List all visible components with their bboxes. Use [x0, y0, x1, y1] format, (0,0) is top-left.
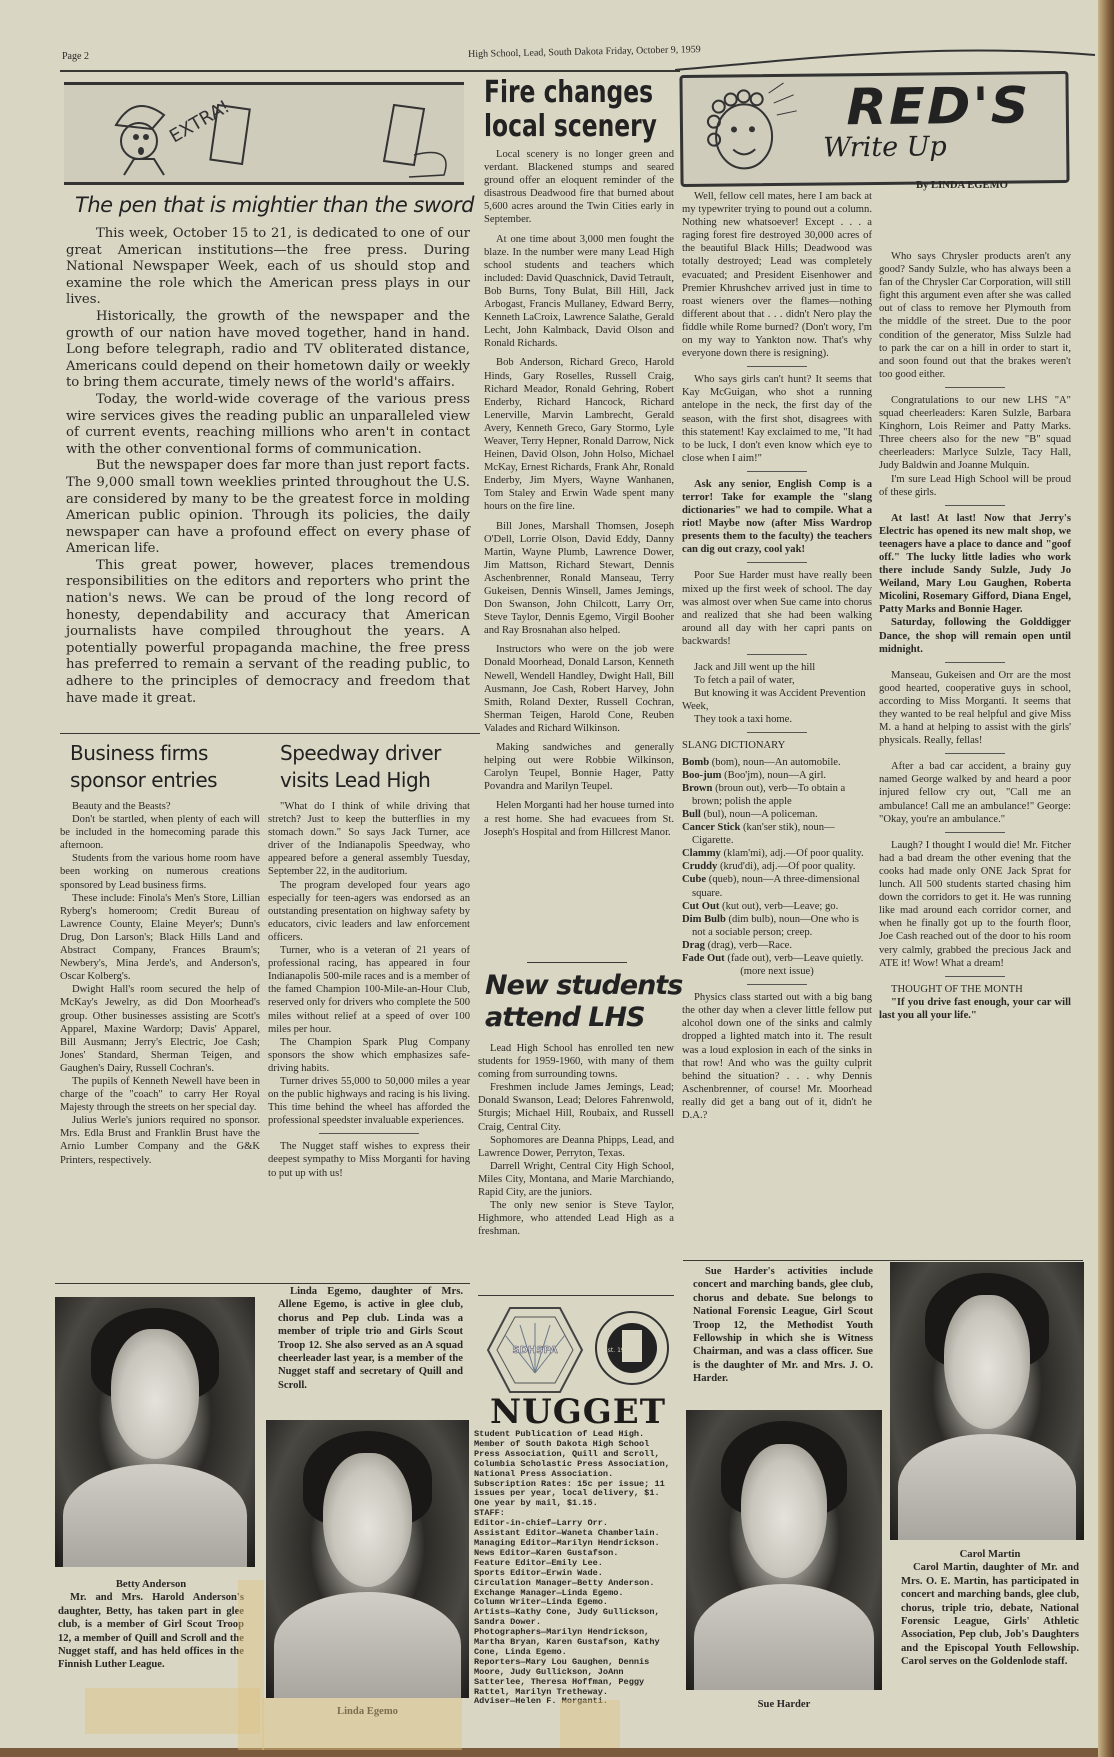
headline-line: New students: [485, 970, 682, 1002]
slang-entry: Clammy (klam'mi), adj.—Of poor quality.: [682, 847, 872, 860]
reds-byline: By LINDA EGEMO: [916, 180, 1008, 191]
column-item: Who says girls can't hunt? It seems that…: [682, 373, 872, 465]
business-article: Beauty and the Beasts? Don't be startled…: [60, 800, 260, 1167]
headline-line: Business firms: [70, 740, 217, 767]
dateline: High School, Lead, South Dakota Friday, …: [468, 44, 701, 60]
sue-harder-name: Sue Harder: [686, 1698, 882, 1711]
masthead-line: Photographers—Marilyn Hendrickson, Marth…: [474, 1628, 674, 1658]
slang-definition: (broun out), verb—To obtain a brown; pol…: [692, 783, 845, 807]
column-item: Physics class started out with a big ban…: [682, 991, 872, 1122]
masthead-line: Member of South Dakota High School Press…: [474, 1440, 674, 1480]
column-item: Laugh? I thought I would die! Mr. Fitche…: [879, 839, 1071, 970]
item-divider: [747, 654, 807, 655]
item-divider: [747, 562, 807, 563]
slang-definition: (queb), noun—A three-dimensional square.: [692, 874, 860, 898]
svg-text:SDHSPA: SDHSPA: [512, 1345, 557, 1356]
slang-entry: Drag (drag), verb—Race.: [682, 939, 872, 952]
article-paragraph: Helen Morganti had her house turned into…: [484, 799, 674, 838]
editorial-body: This week, October 15 to 21, is dedicate…: [66, 226, 470, 707]
article-paragraph: Turner drives 55,000 to 50,000 miles a y…: [268, 1075, 470, 1127]
slang-entry: Cancer Stick (kan'ser stik), noun—Cigare…: [682, 821, 872, 847]
new-students-article: Lead High School has enrolled ten new st…: [478, 1042, 674, 1238]
item-divider: [747, 984, 807, 985]
slang-term: Brown: [682, 783, 712, 794]
masthead-title: NUGGET: [490, 1392, 666, 1432]
slang-definition: (fade out), verb—Leave quietly.: [727, 953, 863, 964]
slang-entry: Fade Out (fade out), verb—Leave quietly.: [682, 952, 872, 965]
betty-anderson-caption: Betty Anderson Mr. and Mrs. Harold Ander…: [58, 1578, 244, 1672]
linda-egemo-photo: [266, 1420, 469, 1698]
column-item: Saturday, following the Golddigger Dance…: [879, 616, 1071, 655]
tape-strip: [262, 1698, 462, 1750]
article-paragraph: Freshmen include James Jemings, Lead; Do…: [478, 1081, 674, 1133]
item-divider: [945, 753, 1005, 754]
column-item: Congratulations to our new LHS "A" squad…: [879, 394, 1071, 473]
carol-martin-photo: [890, 1262, 1084, 1540]
profile-bio: Carol Martin, daughter of Mr. and Mrs. O…: [901, 1561, 1079, 1668]
headline-line: sponsor entries: [70, 767, 217, 794]
reds-column-right: Who says Chrysler products aren't any go…: [879, 250, 1071, 1022]
section-divider: [60, 733, 480, 734]
fire-article: Local scenery is no longer green and ver…: [484, 148, 674, 839]
slang-entry: Cruddy (krud'di), adj.—Of poor quality.: [682, 860, 872, 873]
article-paragraph: Darrell Wright, Central City High School…: [478, 1160, 674, 1199]
reds-column-banner: RED'S Write Up: [679, 71, 1069, 187]
slang-entry: Brown (broun out), verb—To obtain a brow…: [682, 782, 872, 808]
editorial-paragraph: Historically, the growth of the newspape…: [66, 309, 470, 392]
slang-entry: Bull (bul), noun—A policeman.: [682, 808, 872, 821]
editorial-cartoon: EXTRA!: [64, 82, 464, 185]
article-paragraph: Bob Anderson, Richard Greco, Harold Hind…: [484, 356, 674, 513]
masthead-line: Circulation Manager—Betty Anderson.: [474, 1579, 674, 1589]
slang-term: Boo-jum: [682, 770, 721, 781]
slang-entry: Cut Out (kut out), verb—Leave; go.: [682, 900, 872, 913]
carol-martin-caption: Carol Martin Carol Martin, daughter of M…: [901, 1548, 1079, 1669]
profile-name: Sue Harder: [686, 1698, 882, 1711]
item-divider: [945, 832, 1005, 833]
poem-line: To fetch a pail of water,: [682, 674, 872, 687]
slang-definition: (Boo'jm), noun—A girl.: [724, 770, 826, 781]
newsboy-cartoon-icon: EXTRA!: [64, 85, 464, 182]
article-paragraph: Julius Werle's juniors required no spons…: [60, 1114, 260, 1166]
svg-text:EXTRA!: EXTRA!: [166, 96, 233, 147]
article-paragraph: These include: Finola's Men's Store, Lil…: [60, 892, 260, 984]
column-item: Ask any senior, English Comp is a terror…: [682, 478, 872, 557]
article-paragraph: The pupils of Kenneth Newell have been i…: [60, 1075, 260, 1114]
speedway-headline: Speedway driver visits Lead High: [280, 740, 441, 794]
section-divider: [478, 1295, 674, 1296]
column-item: After a bad car accident, a brainy guy n…: [879, 760, 1071, 825]
linda-egemo-caption: Linda Egemo, daughter of Mrs. Allene Ege…: [278, 1285, 463, 1392]
slang-definition: (kut out), verb—Leave; go.: [722, 901, 838, 912]
slang-definition: (bom), noun—An automobile.: [712, 757, 841, 768]
article-paragraph: Sophomores are Deanna Phipps, Lead, and …: [478, 1134, 674, 1160]
sdhspa-logo-icon: SDHSPA: [485, 1305, 585, 1395]
page-number: Page 2: [62, 51, 89, 62]
item-divider: [319, 1133, 419, 1134]
item-divider: [747, 366, 807, 367]
sympathy-note: The Nugget staff wishes to express their…: [268, 1140, 470, 1179]
article-paragraph: Bill Jones, Marshall Thomsen, Joseph O'D…: [484, 520, 674, 638]
headline-line: attend LHS: [485, 1002, 682, 1034]
column-item: At last! At last! Now that Jerry's Elect…: [879, 512, 1071, 617]
section-divider: [527, 962, 627, 963]
item-divider: [945, 976, 1005, 977]
column-item: Poor Sue Harder must have really been mi…: [682, 569, 872, 648]
headline-line: Speedway driver: [280, 740, 441, 767]
masthead-line: Artists—Kathy Cone, Judy Gullickson, San…: [474, 1608, 674, 1628]
nspa-logo-icon: Est. 1921: [590, 1308, 675, 1388]
item-divider: [945, 505, 1005, 506]
profile-bio: Mr. and Mrs. Harold Anderson's daughter,…: [58, 1591, 244, 1671]
headline-line: visits Lead High: [280, 767, 441, 794]
article-paragraph: Beauty and the Beasts?: [60, 800, 260, 813]
slang-dictionary: Bomb (bom), noun—An automobile. Boo-jum …: [682, 756, 872, 979]
editorial-paragraph: Today, the world-wide coverage of the va…: [66, 392, 470, 458]
article-paragraph: At one time about 3,000 men fought the b…: [484, 233, 674, 351]
sue-harder-caption: Sue Harder's activities include concert …: [693, 1265, 873, 1386]
article-paragraph: The Champion Spark Plug Company sponsors…: [268, 1036, 470, 1075]
slang-entry: Boo-jum (Boo'jm), noun—A girl.: [682, 769, 872, 782]
header-rule: [60, 70, 680, 72]
poem: Jack and Jill went up the hill To fetch …: [682, 661, 872, 726]
item-divider: [747, 471, 807, 472]
slang-definition: (bul), noun—A policeman.: [704, 809, 818, 820]
article-paragraph: Lead High School has enrolled ten new st…: [478, 1042, 674, 1081]
editorial-paragraph: This great power, however, places tremen…: [66, 558, 470, 707]
slang-definition: (klam'mi), adj.—Of poor quality.: [724, 848, 864, 859]
speedway-article: "What do I think of while driving that s…: [268, 800, 470, 1180]
business-headline: Business firms sponsor entries: [70, 740, 217, 794]
editorial-headline: The pen that is mightier than the sword: [75, 193, 474, 217]
slang-definition: (krud'di), adj.—Of poor quality.: [720, 861, 855, 872]
column-item: Manseau, Gukeisen and Orr are the most g…: [879, 669, 1071, 748]
tape-strip: [238, 1580, 264, 1750]
editorial-paragraph: But the newspaper does far more than jus…: [66, 458, 470, 558]
redhead-cartoon-icon: [688, 81, 799, 177]
tape-strip: [85, 1688, 260, 1734]
article-paragraph: Dwight Hall's room secured the help of M…: [60, 983, 260, 1075]
article-paragraph: The only new senior is Steve Taylor, Hig…: [478, 1199, 674, 1238]
reds-subtitle: Write Up: [823, 131, 947, 163]
slang-term: Cancer Stick: [682, 822, 740, 833]
item-divider: [945, 387, 1005, 388]
article-paragraph: "What do I think of while driving that s…: [268, 800, 470, 879]
column-item: I'm sure Lead High School will be proud …: [879, 473, 1071, 499]
thought-title: THOUGHT OF THE MONTH: [879, 983, 1071, 996]
article-paragraph: Making sandwiches and generally helping …: [484, 741, 674, 793]
slang-term: Drag: [682, 940, 705, 951]
profile-bio: Sue Harder's activities include concert …: [693, 1265, 873, 1386]
slang-term: Cut Out: [682, 901, 719, 912]
profile-name: Carol Martin: [901, 1548, 1079, 1561]
poem-line: They took a taxi home.: [682, 713, 872, 726]
slang-entry: Cube (queb), noun—A three-dimensional sq…: [682, 873, 872, 899]
slang-term: Cube: [682, 874, 706, 885]
new-students-headline: New students attend LHS: [485, 970, 682, 1034]
masthead-line: Subscription Rates: 15c per issue; 11 is…: [474, 1480, 674, 1510]
slang-definition: (drag), verb—Race.: [708, 940, 792, 951]
betty-anderson-photo: [55, 1297, 255, 1567]
profile-name: Betty Anderson: [58, 1578, 244, 1591]
slang-term: Cruddy: [682, 861, 717, 872]
svg-text:Est. 1921: Est. 1921: [604, 1347, 633, 1354]
slang-term: Fade Out: [682, 953, 725, 964]
slang-continued-note: (more next issue): [682, 965, 872, 978]
column-item: Who says Chrysler products aren't any go…: [879, 250, 1071, 381]
profile-bio: Linda Egemo, daughter of Mrs. Allene Ege…: [278, 1285, 463, 1392]
fire-headline: Fire changes local scenery: [484, 76, 657, 144]
editorial-paragraph: This week, October 15 to 21, is dedicate…: [66, 226, 470, 309]
article-paragraph: Students from the various home room have…: [60, 852, 260, 891]
slang-term: Bomb: [682, 757, 709, 768]
fire-headline-line: Fire changes: [484, 76, 657, 110]
article-paragraph: Turner, who is a veteran of 21 years of …: [268, 944, 470, 1036]
masthead-staff-box: Student Publication of Lead High. Member…: [474, 1430, 674, 1707]
poem-line: But knowing it was Accident Prevention W…: [682, 687, 872, 713]
slang-dictionary-title: SLANG DICTIONARY: [682, 739, 872, 752]
item-divider: [945, 662, 1005, 663]
article-paragraph: The program developed four years ago esp…: [268, 879, 470, 944]
item-divider: [747, 732, 807, 733]
newspaper-page: Page 2 High School, Lead, South Dakota F…: [0, 0, 1100, 1748]
fire-headline-line: local scenery: [484, 110, 657, 144]
article-paragraph: Local scenery is no longer green and ver…: [484, 148, 674, 227]
slang-term: Bull: [682, 809, 701, 820]
article-paragraph: Don't be startled, when plenty of each w…: [60, 813, 260, 852]
slang-entry: Dim Bulb (dim bulb), noun—One who is not…: [682, 913, 872, 939]
reds-column-left: Well, fellow cell mates, here I am back …: [682, 190, 872, 1122]
reds-title: RED'S: [846, 76, 1031, 136]
slang-term: Dim Bulb: [682, 914, 726, 925]
section-divider: [683, 1260, 1083, 1261]
masthead-line: Reporters—Mary Lou Gaughen, Dennis Moore…: [474, 1658, 674, 1698]
section-divider: [55, 1283, 470, 1284]
tape-strip: [560, 1700, 620, 1748]
slang-entry: Bomb (bom), noun—An automobile.: [682, 756, 872, 769]
poem-line: Jack and Jill went up the hill: [682, 661, 872, 674]
thought-quote: "If you drive fast enough, your car will…: [879, 996, 1071, 1022]
article-paragraph: Instructors who were on the job were Don…: [484, 643, 674, 735]
binding-edge: [1098, 0, 1114, 1757]
slang-term: Clammy: [682, 848, 721, 859]
column-item: Well, fellow cell mates, here I am back …: [682, 190, 872, 360]
sue-harder-photo: [686, 1410, 882, 1690]
